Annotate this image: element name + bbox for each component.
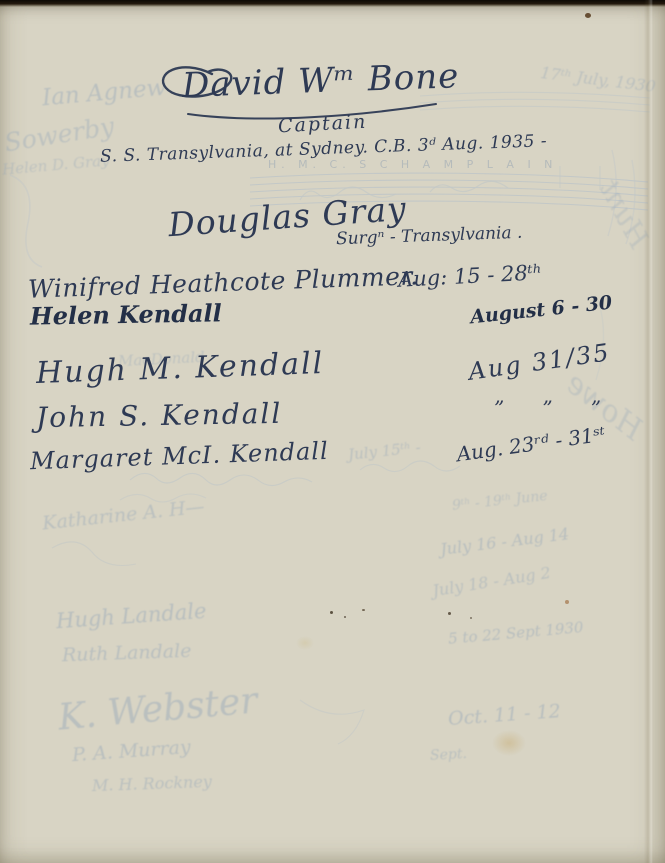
page-curl-groove [644,0,653,863]
ghost-fragment: July 16 - Aug 14 [440,526,570,558]
captain-title: Captain [278,113,368,137]
ghost-fragment: July 18 - Aug 2 [431,565,551,599]
ghost-fragment: Oct. 11 - 12 [447,702,561,729]
entry-name: Winifred Heathcote Plummer. [28,263,419,302]
ghost-fragment: 9ᵗʰ - 19ᵗʰ June [452,489,549,513]
ink-spot [585,13,591,18]
entry-name: John S. Kendall [36,400,283,432]
speck [330,611,333,614]
ghost-fragment: Katharine A. H— [41,498,205,534]
ghost-fragment: K. Webster [57,683,259,736]
ghost-fragment: Hugh Landale [55,601,207,632]
ghost-fragment: 17ᵗʰ July, 1930 [539,65,656,95]
ghost-fragment: July 15ᵗʰ - [347,440,421,463]
speck [448,612,451,615]
speck [362,609,365,611]
entry-date: August 6 - 30 [469,294,613,328]
ghost-fragment: 5 to 22 Sept 1930 [448,620,585,647]
surgeon-role: Surgⁿ - Transylvania . [336,225,523,248]
foxing-stain [296,636,314,650]
entry-date: Aug: 15 - 28ᵗʰ [398,262,543,291]
ghost-fragment: Helen D. Gray [2,153,111,177]
rust-dot [565,600,569,604]
entry-name: Hugh M. Kendall [36,349,325,389]
ghost-pencil-ship-name: H. M. C. S C H A M P L A I N [268,158,557,171]
ghost-fragment: M. H. Rockney [92,774,212,794]
entry-name: Margaret McI. Kendall [30,439,329,473]
book-top-edge [0,0,665,7]
entry-date: Aug. 23ʳᵈ - 31ˢᵗ [455,424,606,465]
speck [344,616,346,618]
ghost-fragment: Ian Agnew [41,77,167,111]
ghost-fragment: Sept. [430,747,468,763]
ghost-fragment: Ruth Landale [62,642,192,666]
captain-signature: David Wᵐ Bone [181,59,459,103]
entry-date-ditto-marks: ” ” ” [494,398,601,418]
entry-name: Helen Kendall [30,301,222,328]
ghost-fragment: Sowerby [3,114,116,156]
speck [470,617,472,619]
scanned-autograph-page: Ian Agnew 17ᵗʰ July, 1930 Sowerby Helen … [0,0,665,863]
foxing-stain [492,730,526,756]
ghost-fragment: P. A. Murray [71,738,191,765]
